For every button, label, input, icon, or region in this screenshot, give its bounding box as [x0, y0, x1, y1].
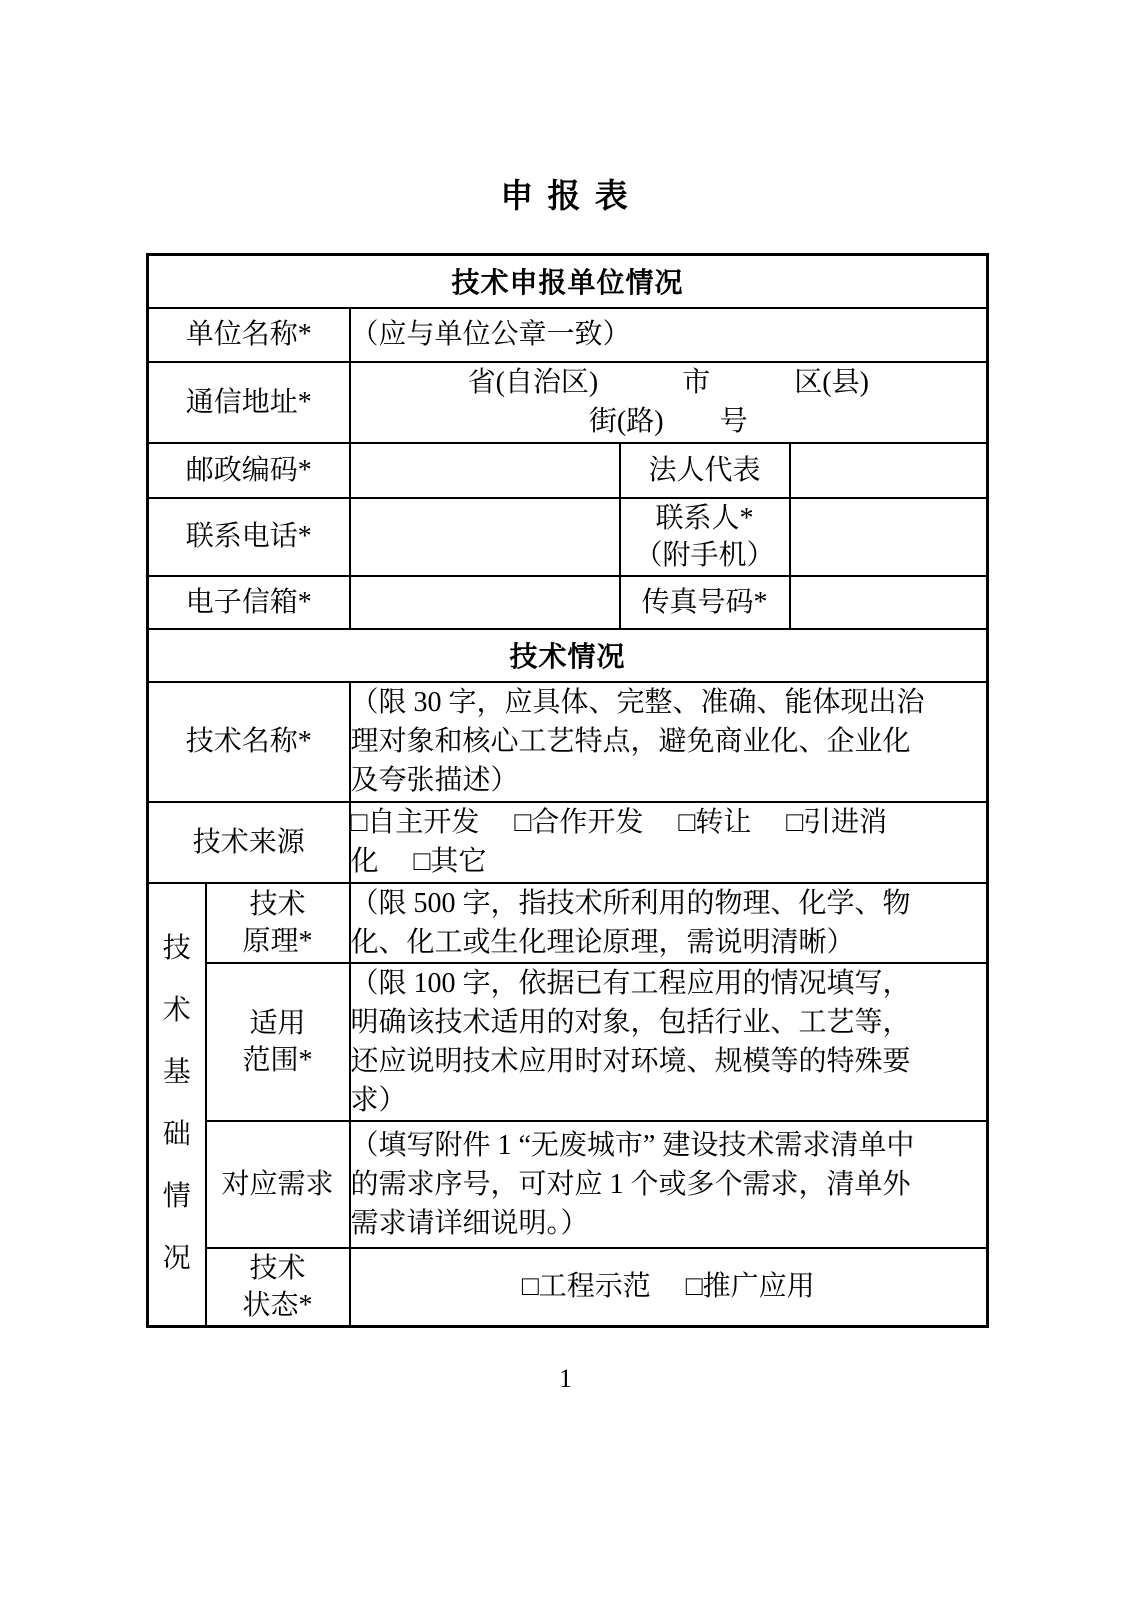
demand-label: 对应需求 — [206, 1121, 350, 1248]
tech-name-input-cell[interactable]: （限 30 字，应具体、完整、准确、能体现出治 理对象和核心工艺特点，避免商业化… — [350, 682, 988, 802]
contact-input-cell[interactable] — [790, 498, 988, 576]
phone-label: 联系电话* — [148, 498, 350, 576]
principle-label: 技术 原理* — [206, 883, 350, 963]
tech-name-label: 技术名称* — [148, 682, 350, 802]
section-header-tech-info: 技术情况 — [148, 629, 988, 682]
scope-label: 适用 范围* — [206, 963, 350, 1121]
document-page: 申 报 表 技术申报单位情况 单位名称* （应与单位公章一致） 通信地址* 省(… — [0, 0, 1131, 1600]
status-label: 技术 状态* — [206, 1248, 350, 1327]
page-number: 1 — [0, 1364, 1131, 1394]
contact-label: 联系人* （附手机） — [620, 498, 790, 576]
postal-code-label: 邮政编码* — [148, 443, 350, 498]
postal-code-input-cell[interactable] — [350, 443, 620, 498]
legal-rep-input-cell[interactable] — [790, 443, 988, 498]
scope-input-cell[interactable]: （限 100 字，依据已有工程应用的情况填写， 明确该技术适用的对象，包括行业、… — [350, 963, 988, 1121]
document-title: 申 报 表 — [0, 170, 1131, 217]
demand-input-cell[interactable]: （填写附件 1 “无废城市” 建设技术需求清单中 的需求序号，可对应 1 个或多… — [350, 1121, 988, 1248]
legal-rep-label: 法人代表 — [620, 443, 790, 498]
address-input-cell[interactable]: 省(自治区) 市 区(县) 街(路) 号 — [350, 362, 988, 443]
status-checkbox-options-cell[interactable]: □工程示范 □推广应用 — [350, 1248, 988, 1327]
tech-basis-group-label: 技 术 基 础 情 况 — [148, 883, 206, 1327]
unit-name-label: 单位名称* — [148, 308, 350, 362]
fax-label: 传真号码* — [620, 576, 790, 629]
unit-name-input-cell[interactable]: （应与单位公章一致） — [350, 308, 988, 362]
phone-input-cell[interactable] — [350, 498, 620, 576]
principle-input-cell[interactable]: （限 500 字，指技术所利用的物理、化学、物 化、化工或生化理论原理，需说明清… — [350, 883, 988, 963]
application-form-table: 技术申报单位情况 单位名称* （应与单位公章一致） 通信地址* 省(自治区) 市… — [146, 253, 989, 1328]
fax-input-cell[interactable] — [790, 576, 988, 629]
email-label: 电子信箱* — [148, 576, 350, 629]
address-label: 通信地址* — [148, 362, 350, 443]
tech-source-label: 技术来源 — [148, 802, 350, 883]
email-input-cell[interactable] — [350, 576, 620, 629]
tech-source-checkbox-options-cell[interactable]: □自主开发 □合作开发 □转让 □引进消 化 □其它 — [350, 802, 988, 883]
section-header-unit-info: 技术申报单位情况 — [148, 255, 988, 308]
